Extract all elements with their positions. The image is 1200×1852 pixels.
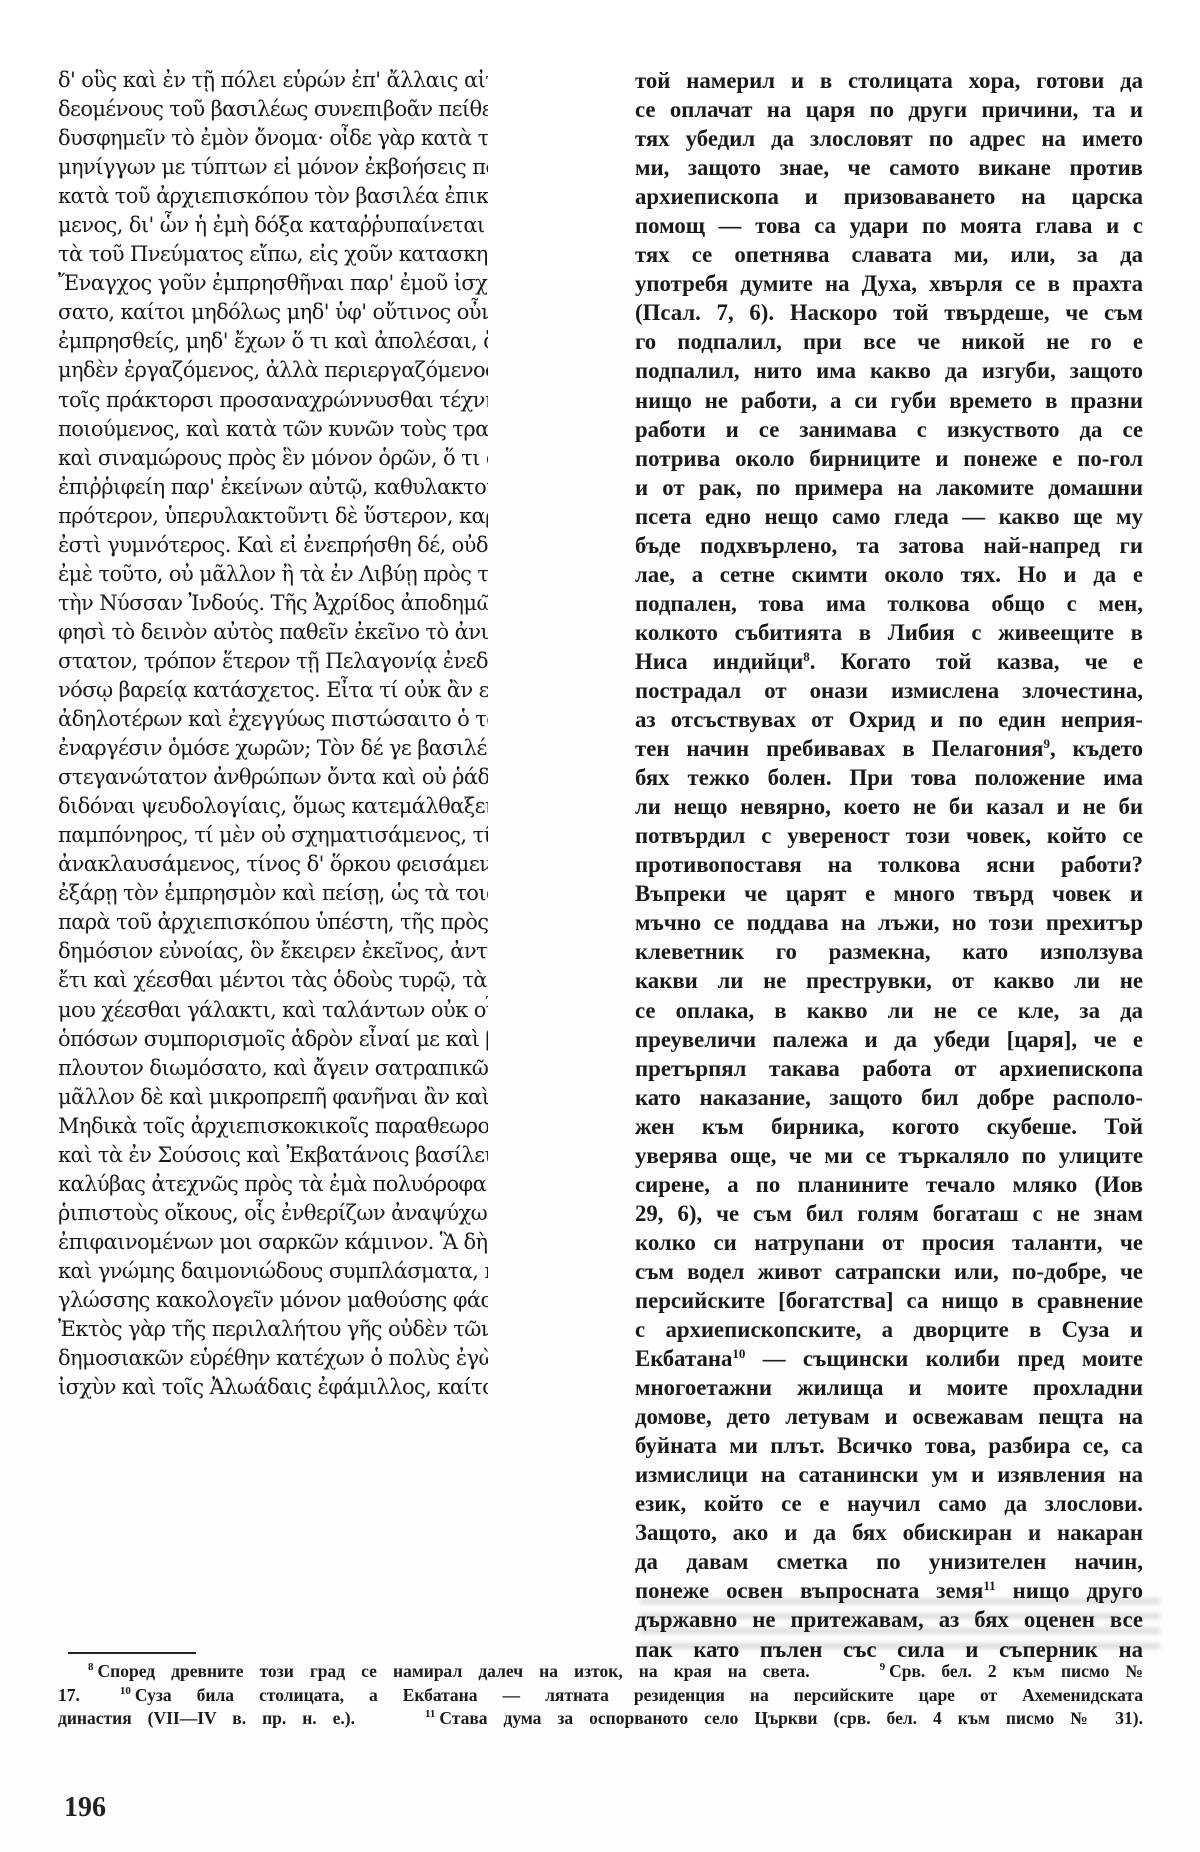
line-text: подпален, това има толкова общо с мен,: [635, 591, 1143, 616]
greek-text-line: παρὰ τοῦ ἀρχιεπισκόπου ὑπέστη, τῆς πρὸς …: [58, 908, 488, 937]
footnote-10-text: Суза била столицата, а Екбатана — лятнат…: [135, 1685, 1143, 1705]
greek-text-line: στεγανώτατον ἀνθρώπων ὄντα καὶ οὐ ῥάδιον: [58, 763, 488, 792]
greek-text-line: γλώσσης κακολογεῖν μόνον μαθούσης φάσματ…: [58, 1286, 488, 1315]
greek-text-line: τὰ τοῦ Πνεύματος εἴπω, εἰς χοῦν κατασκην…: [58, 240, 488, 269]
translation-text-line: мъчно се поддава на лъжи, но този прехит…: [635, 908, 1143, 937]
translation-text-line: уверява още, че ми се търкаляло по улици…: [635, 1141, 1143, 1170]
greek-text-line: μᾶλλον δὲ καὶ μικροπρεπῆ φανῆναι ἂν καὶ …: [58, 1083, 488, 1112]
line-text: жен към бирника, когото скубеше. Той: [635, 1114, 1143, 1139]
translation-text-line: пострадал от онази измислена злочестина,: [635, 676, 1143, 705]
footnote-10-continuation: династия (VII—IV в. пр. н. е.).: [58, 1708, 355, 1728]
translation-text-line: тях се опетнява славата ми, или, за да: [635, 240, 1143, 269]
translation-text-line: псета едно нещо само гледа — какво ще му: [635, 502, 1143, 531]
footnote-8-text: Според древните този град се намирал дал…: [98, 1661, 810, 1681]
line-text: мъчно се поддава на лъжи, но този прехит…: [635, 910, 1143, 935]
translation-text-line: се оплака, в какво ли не се кле, за да: [635, 996, 1143, 1025]
translation-text-line: се оплачат на царя по други причини, та …: [635, 95, 1143, 124]
greek-text-line: δ' οὓς καὶ ἐν τῇ πόλει εὑρών ἐπ' ἄλλαις …: [58, 66, 488, 95]
translation-text-line: ми, защото знае, че самото викане против: [635, 153, 1143, 182]
greek-text-line: ῥιπιστοὺς οἴκους, οἷς ἐνθερίζων ἀναψύχω …: [58, 1199, 488, 1228]
translation-text-line: лае, а сетне скимти около тях. Но и да е: [635, 560, 1143, 589]
greek-text-line: δεομένους τοῦ βασιλέως συνεπιβοᾶν πείθει…: [58, 95, 488, 124]
footnote-11-text: Става дума за оспорваното село Църкви (с…: [439, 1708, 1143, 1728]
translation-text-line: Защото, ако и да бях обискиран и накаран: [635, 1518, 1143, 1547]
line-text-after-reference: . Когато той казва, че е: [810, 649, 1143, 674]
footnote-marker-11: 11: [425, 1708, 435, 1720]
line-text: буйната ми плът. Всичко това, разбира се…: [635, 1433, 1143, 1458]
greek-text-line: ἐπιῤῥιφείη παρ' ἐκείνων αὐτῷ, καθυλακτοῦ…: [58, 473, 488, 502]
greek-text-line: φησὶ τὸ δεινὸν αὐτὸς παθεῖν ἐκεῖνο τὸ ἀν…: [58, 618, 488, 647]
greek-text-line: μενος, δι' ὧν ἡ ἐμὴ δόξα καταῤῥυπαίνεται…: [58, 211, 488, 240]
translation-text-line: архиепископа и призоваването на царска: [635, 182, 1143, 211]
translation-text-line: колко си натрупани от просия таланти, че: [635, 1228, 1143, 1257]
greek-text-line: Ἐκτὸς γὰρ τῆς περιλαλήτου γῆς οὐδὲν τῶν: [58, 1315, 488, 1344]
greek-text-line: δυσφημεῖν τὸ ἐμὸν ὄνομα· οἶδε γὰρ κατὰ τ…: [58, 124, 488, 153]
translation-text-line: ли нещо невярно, което не би казал и не …: [635, 792, 1143, 821]
line-text: тен начин пребивавах в Пелагония: [635, 736, 1043, 761]
line-text: като наказание, защото бил добре располо…: [635, 1085, 1143, 1110]
translation-text-line: като наказание, защото бил добре располо…: [635, 1083, 1143, 1112]
translation-text-line: нищо не работи, а си губи времето в праз…: [635, 386, 1143, 415]
translation-text-line: бъде подхвърлено, та затова най-напред г…: [635, 531, 1143, 560]
line-text: псета едно нещо само гледа — какво ще му: [635, 504, 1143, 529]
translation-text-line: преувеличи палежа и да убеди [царя], че …: [635, 1025, 1143, 1054]
line-text: съм водел живот сатрапски или, по-добре,…: [635, 1259, 1143, 1284]
line-text: сирене, а по планините течало мляко (Иов: [635, 1172, 1143, 1197]
bulgarian-translation-column: той намерил и в столицата хора, готови д…: [635, 66, 1143, 1664]
line-text: персийските [богатства] са нищо в сравне…: [635, 1288, 1143, 1313]
greek-text-line: ἐπιφαινομένων μοι σαρκῶν κάμινον. Ἃ δὴ π…: [58, 1228, 488, 1257]
greek-text-line: μηδὲν ἐργαζόμενος, ἀλλὰ περιεργαζόμενος …: [58, 356, 488, 385]
translation-text-line: с архиепископските, а дворците в Суза и: [635, 1315, 1143, 1344]
line-text: той намерил и в столицата хора, готови д…: [635, 68, 1143, 93]
line-text: клеветник го размекна, като използува: [635, 939, 1143, 964]
footnote-line-3: династия (VII—IV в. пр. н. е.).11Става д…: [58, 1707, 1143, 1731]
line-text: противопоставя на толкова ясни работи?: [635, 852, 1143, 877]
translation-text-line: домове, дето летувам и освежавам пещта н…: [635, 1402, 1143, 1431]
translation-text-line: клеветник го размекна, като използува: [635, 937, 1143, 966]
translation-text-line: потрива около бирниците и понеже е по-го…: [635, 444, 1143, 473]
footnote-marker-8: 8: [88, 1661, 94, 1673]
line-text: Ниса индийци: [635, 649, 803, 674]
translation-text-line: претърпял такава работа от архиепископа: [635, 1054, 1143, 1083]
greek-text-line: ἀδηλοτέρων καὶ ἐχεγγύως πιστώσαιτο ὁ τοῖ…: [58, 705, 488, 734]
footnote-marker-10: 10: [120, 1685, 131, 1697]
line-text: език, който се е научил само да злослови…: [635, 1491, 1143, 1516]
line-text: работи и се занимава с изкуството да се: [635, 417, 1143, 442]
footnote-separator-rule: [68, 1652, 196, 1654]
translation-text-line: тен начин пребивавах в Пелагония9, къдет…: [635, 734, 1143, 763]
line-text: аз отсъствувах от Охрид и по един неприя…: [635, 707, 1143, 732]
line-text: колкото събитията в Либия с живеещите в: [635, 620, 1143, 645]
greek-text-line: ποιούμενος, καὶ κατὰ τῶν κυνῶν τοὺς τραπ…: [58, 415, 488, 444]
line-text: с архиепископските, а дворците в Суза и: [635, 1317, 1143, 1342]
greek-text-line: πρότερον, ὑπερυλακτοῦντι δὲ ὕστερον, καρ…: [58, 502, 488, 531]
greek-text-line: κατὰ τοῦ ἀρχιεπισκόπου τὸν βασιλέα ἐπικα…: [58, 182, 488, 211]
greek-text-line: πλουτον διωμόσατο, καὶ ἄγειν σατραπικῶς,: [58, 1054, 488, 1083]
footnote-9-text: Срв. бел. 2 към писмо №: [889, 1661, 1143, 1681]
greek-text-line: παμπόνηρος, τί μὲν οὐ σχηματισάμενος, τί…: [58, 821, 488, 850]
line-text: тях се опетнява славата ми, или, за да: [635, 242, 1143, 267]
line-text: колко си натрупани от просия таланти, че: [635, 1230, 1143, 1255]
translation-text-line: колкото събитията в Либия с живеещите в: [635, 618, 1143, 647]
show-through-text: [640, 1598, 1160, 1658]
line-text: претърпял такава работа от архиепископа: [635, 1056, 1143, 1081]
translation-text-line: език, който се е научил само да злослови…: [635, 1489, 1143, 1518]
line-text-after-reference: — същински колиби пред моите: [745, 1346, 1143, 1371]
line-text: преувеличи палежа и да убеди [царя], че …: [635, 1027, 1143, 1052]
line-text: бях тежко болен. При това положение има: [635, 765, 1143, 790]
footnotes: 8Според древните този град се намирал да…: [58, 1660, 1143, 1731]
translation-text-line: потвърдил с увереност този човек, който …: [635, 821, 1143, 850]
footnote-line-2: 17.10Суза била столицата, а Екбатана — л…: [58, 1684, 1143, 1708]
greek-text-line: στατον, τρόπον ἕτερον τῇ Πελαγονίᾳ ἐνεδή…: [58, 647, 488, 676]
greek-text-line: ἐμὲ τοῦτο, οὐ μᾶλλον ἢ τὰ ἐν Λιβύῃ πρὸς …: [58, 560, 488, 589]
greek-text-line: ἐμπρησθείς, μηδ' ἔχων ὅ τι καὶ ἀπολέσαι,…: [58, 327, 488, 356]
line-text-after-reference: , където: [1050, 736, 1143, 761]
translation-text-line: той намерил и в столицата хора, готови д…: [635, 66, 1143, 95]
greek-text-line: καλύβας ἀτεχνῶς πρὸς τὰ ἐμὰ πολυόροφα κα…: [58, 1170, 488, 1199]
greek-text-line: ἐξάρῃ τὸν ἐμπρησμὸν καὶ πείσῃ, ὡς τὰ τοι…: [58, 879, 488, 908]
greek-text-line: ἀνακλαυσάμενος, τίνος δ' ὅρκου φεισάμενο…: [58, 850, 488, 879]
greek-text-line: σατο, καίτοι μηδόλως μηδ' ὑφ' οὔτινος οὖ…: [58, 298, 488, 327]
greek-text-line: καὶ σιναμώρους πρὸς ἓν μόνον ὁρῶν, ὅ τι …: [58, 444, 488, 473]
translation-text-line: бях тежко болен. При това положение има: [635, 763, 1143, 792]
translation-text-line: Екбатана10 — същински колиби пред моите: [635, 1344, 1143, 1373]
translation-text-line: (Псал. 7, 6). Наскоро той твърдеше, че с…: [635, 298, 1143, 327]
page-number: 196: [64, 1792, 106, 1824]
book-page: δ' οὓς καὶ ἐν τῇ πόλει εὑρών ἐπ' ἄλλαις …: [0, 0, 1200, 1852]
greek-text-line: Μηδικὰ τοῖς ἀρχιεπισκοκικοῖς παραθεωρούμ…: [58, 1112, 488, 1141]
translation-text-line: подпален, това има толкова общо с мен,: [635, 589, 1143, 618]
greek-text-line: τὴν Νύσσαν Ἰνδούς. Τῆς Ἀχρίδος ἀποδημῶν,…: [58, 589, 488, 618]
greek-text-line: ἐστὶ γυμνότερος. Καὶ εἰ ἐνεπρήσθη δέ, οὐ…: [58, 531, 488, 560]
greek-text-line: ἔτι καὶ χέεσθαι μέντοι τὰς ὁδοὺς τυρῷ, τ…: [58, 966, 488, 995]
translation-text-line: и от рак, по примера на лакомите домашни: [635, 473, 1143, 502]
line-text: (Псал. 7, 6). Наскоро той твърдеше, че с…: [635, 300, 1143, 325]
translation-text-line: Въпреки че царят е много твърд човек и: [635, 879, 1143, 908]
translation-text-line: буйната ми плът. Всичко това, разбира се…: [635, 1431, 1143, 1460]
translation-text-line: употребя думите на Духа, хвърля се в пра…: [635, 269, 1143, 298]
translation-text-line: персийските [богатства] са нищо в сравне…: [635, 1286, 1143, 1315]
greek-text-line: μηνίγγων με τύπτων εἰ μόνον ἐκβοήσεις πο…: [58, 153, 488, 182]
greek-text-line: δημόσιον εὐνοίας, ὃν ἔκειρεν ἐκεῖνος, ἀν…: [58, 937, 488, 966]
translation-text-line: сирене, а по планините течало мляко (Иов: [635, 1170, 1143, 1199]
greek-text-line: Ἔναγχος γοῦν ἐμπρησθῆναι παρ' ἐμοῦ ἰσχυρ…: [58, 269, 488, 298]
line-text: уверява още, че ми се търкаляло по улици…: [635, 1143, 1143, 1168]
greek-text-line: μου χέεσθαι γάλακτι, καὶ ταλάντων οὐκ οἶ…: [58, 996, 488, 1025]
translation-text-line: какви ли не преструвки, от какво ли не: [635, 966, 1143, 995]
translation-text-line: жен към бирника, когото скубеше. Той: [635, 1112, 1143, 1141]
translation-text-line: противопоставя на толкова ясни работи?: [635, 850, 1143, 879]
greek-text-line: καὶ τὰ ἐν Σούσοις καὶ Ἐκβατάνοις βασίλει…: [58, 1141, 488, 1170]
translation-text-line: да давам сметка по унизителен начин,: [635, 1547, 1143, 1576]
line-text: архиепископа и призоваването на царска: [635, 184, 1143, 209]
greek-text-line: ἰσχὺν καὶ τοῖς Ἀλωάδαις ἐφάμιλλος, καίτο…: [58, 1373, 488, 1402]
line-text: Въпреки че царят е много твърд човек и: [635, 881, 1143, 906]
translation-text-line: тях убедил да злословят по адрес на имет…: [635, 124, 1143, 153]
line-text: потвърдил с увереност този човек, който …: [635, 823, 1143, 848]
line-text: лае, а сетне скимти около тях. Но и да е: [635, 562, 1143, 587]
translation-text-line: многоетажни жилища и моите прохладни: [635, 1373, 1143, 1402]
translation-text-line: 29, 6), че съм бил голям богаташ с не зн…: [635, 1199, 1143, 1228]
line-text: ми, защото знае, че самото викане против: [635, 155, 1143, 180]
line-text: какви ли не преструвки, от какво ли не: [635, 968, 1143, 993]
line-text: подпалил, нито има какво да изгуби, защо…: [635, 358, 1143, 383]
line-text: да давам сметка по унизителен начин,: [635, 1549, 1143, 1574]
line-text: го подпалил, при все че никой не го е: [635, 329, 1143, 354]
translation-text-line: работи и се занимава с изкуството да се: [635, 415, 1143, 444]
translation-text-line: го подпалил, при все че никой не го е: [635, 327, 1143, 356]
translation-text-line: помощ — това са удари по моята глава и с: [635, 211, 1143, 240]
translation-text-line: измислици на сатанински ум и изявления н…: [635, 1460, 1143, 1489]
line-text: употребя думите на Духа, хвърля се в пра…: [635, 271, 1143, 296]
footnote-reference-10[interactable]: 10: [732, 1346, 745, 1361]
line-text: се оплака, в какво ли не се кле, за да: [635, 998, 1143, 1023]
line-text: Екбатана: [635, 1346, 732, 1371]
line-text: тях убедил да злословят по адрес на имет…: [635, 126, 1143, 151]
translation-text-line: аз отсъствувах от Охрид и по един неприя…: [635, 705, 1143, 734]
translation-text-line: подпалил, нито има какво да изгуби, защо…: [635, 356, 1143, 385]
greek-text-line: νόσῳ βαρείᾳ κατάσχετος. Εἶτα τί οὐκ ἂν ε…: [58, 676, 488, 705]
line-text: пострадал от онази измислена злочестина,: [635, 678, 1143, 703]
line-text: домове, дето летувам и освежавам пещта н…: [635, 1404, 1143, 1429]
greek-text-line: τοῖς πράκτορσι προσαναχρώννυσθαι τέχνην: [58, 386, 488, 415]
line-text: и от рак, по примера на лакомите домашни: [635, 475, 1143, 500]
line-text: многоетажни жилища и моите прохладни: [635, 1375, 1143, 1400]
line-text: се оплачат на царя по други причини, та …: [635, 97, 1143, 122]
greek-text-line: καὶ γνώμης δαιμονιώδους συμπλάσματα, καὶ: [58, 1257, 488, 1286]
greek-text-line: ὁπόσων συμπορισμοῖς ἁδρὸν εἶναί με καὶ β…: [58, 1025, 488, 1054]
line-text: измислици на сатанински ум и изявления н…: [635, 1462, 1143, 1487]
footnote-marker-9: 9: [880, 1661, 886, 1673]
line-text: нищо не работи, а си губи времето в праз…: [635, 388, 1143, 413]
greek-text-line: ἐναργέσιν ὁμόσε χωρῶν; Τὸν δέ γε βασιλέα…: [58, 734, 488, 763]
footnote-9-continuation: 17.: [58, 1685, 80, 1705]
translation-text-line: Ниса индийци8. Когато той казва, че е: [635, 647, 1143, 676]
line-text: бъде подхвърлено, та затова най-напред г…: [635, 533, 1143, 558]
line-text: Защото, ако и да бях обискиран и накаран: [635, 1520, 1143, 1545]
greek-text-line: δημοσιακῶν εὑρέθην κατέχων ὁ πολὺς ἐγὼ τ…: [58, 1344, 488, 1373]
greek-text-column: δ' οὓς καὶ ἐν τῇ πόλει εὑρών ἐπ' ἄλλαις …: [58, 66, 488, 1402]
greek-text-line: διδόναι ψευδολογίαις, ὅμως κατεμάλθαξεν …: [58, 792, 488, 821]
line-text: помощ — това са удари по моята глава и с: [635, 213, 1143, 238]
line-text: 29, 6), че съм бил голям богаташ с не зн…: [635, 1201, 1143, 1226]
footnote-reference-11[interactable]: 11: [983, 1578, 995, 1593]
line-text: ли нещо невярно, което не би казал и не …: [635, 794, 1143, 819]
translation-text-line: съм водел живот сатрапски или, по-добре,…: [635, 1257, 1143, 1286]
line-text: потрива около бирниците и понеже е по-го…: [635, 446, 1143, 471]
footnote-line-1: 8Според древните този град се намирал да…: [58, 1660, 1143, 1684]
